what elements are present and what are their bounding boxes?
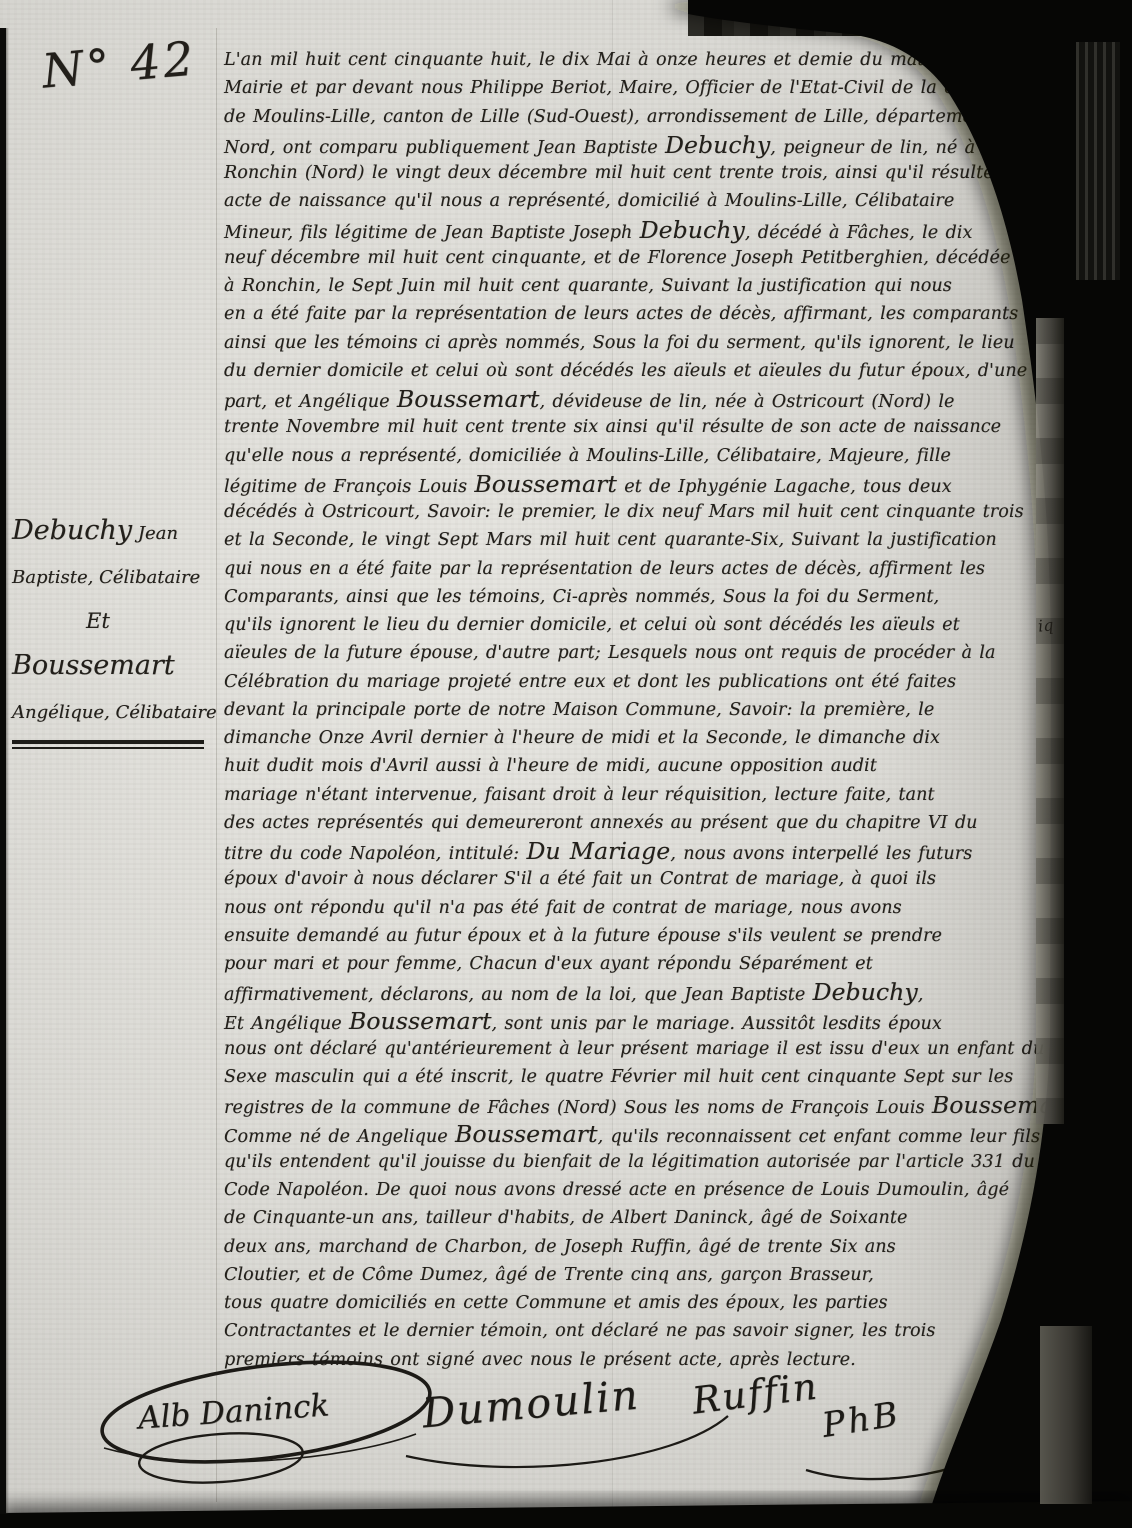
- margin-note-line: Angélique, Célibataire: [12, 696, 218, 729]
- margin-separator-line: [216, 28, 217, 1502]
- margin-note-line: Et: [12, 605, 218, 638]
- act-number: N° 42: [40, 31, 199, 99]
- gutter-shading: [870, 0, 1132, 1528]
- scan-edge-left: [0, 28, 9, 1514]
- margin-note-line: Debuchy Jean: [12, 514, 218, 550]
- binding-text-fragment: iq: [1037, 615, 1054, 636]
- scan-edge-top: [688, 0, 1132, 36]
- margin-note-lines: Debuchy JeanBaptiste, CélibataireEtBouss…: [12, 514, 218, 729]
- margin-divider-rule: [12, 740, 204, 749]
- margin-note-line: Baptiste, Célibataire: [12, 561, 218, 594]
- margin-annotation: Debuchy JeanBaptiste, CélibataireEtBouss…: [12, 514, 218, 749]
- margin-note-line: Boussemart: [12, 649, 218, 685]
- scanned-register-page: N° 42 Debuchy JeanBaptiste, CélibataireE…: [0, 0, 1132, 1528]
